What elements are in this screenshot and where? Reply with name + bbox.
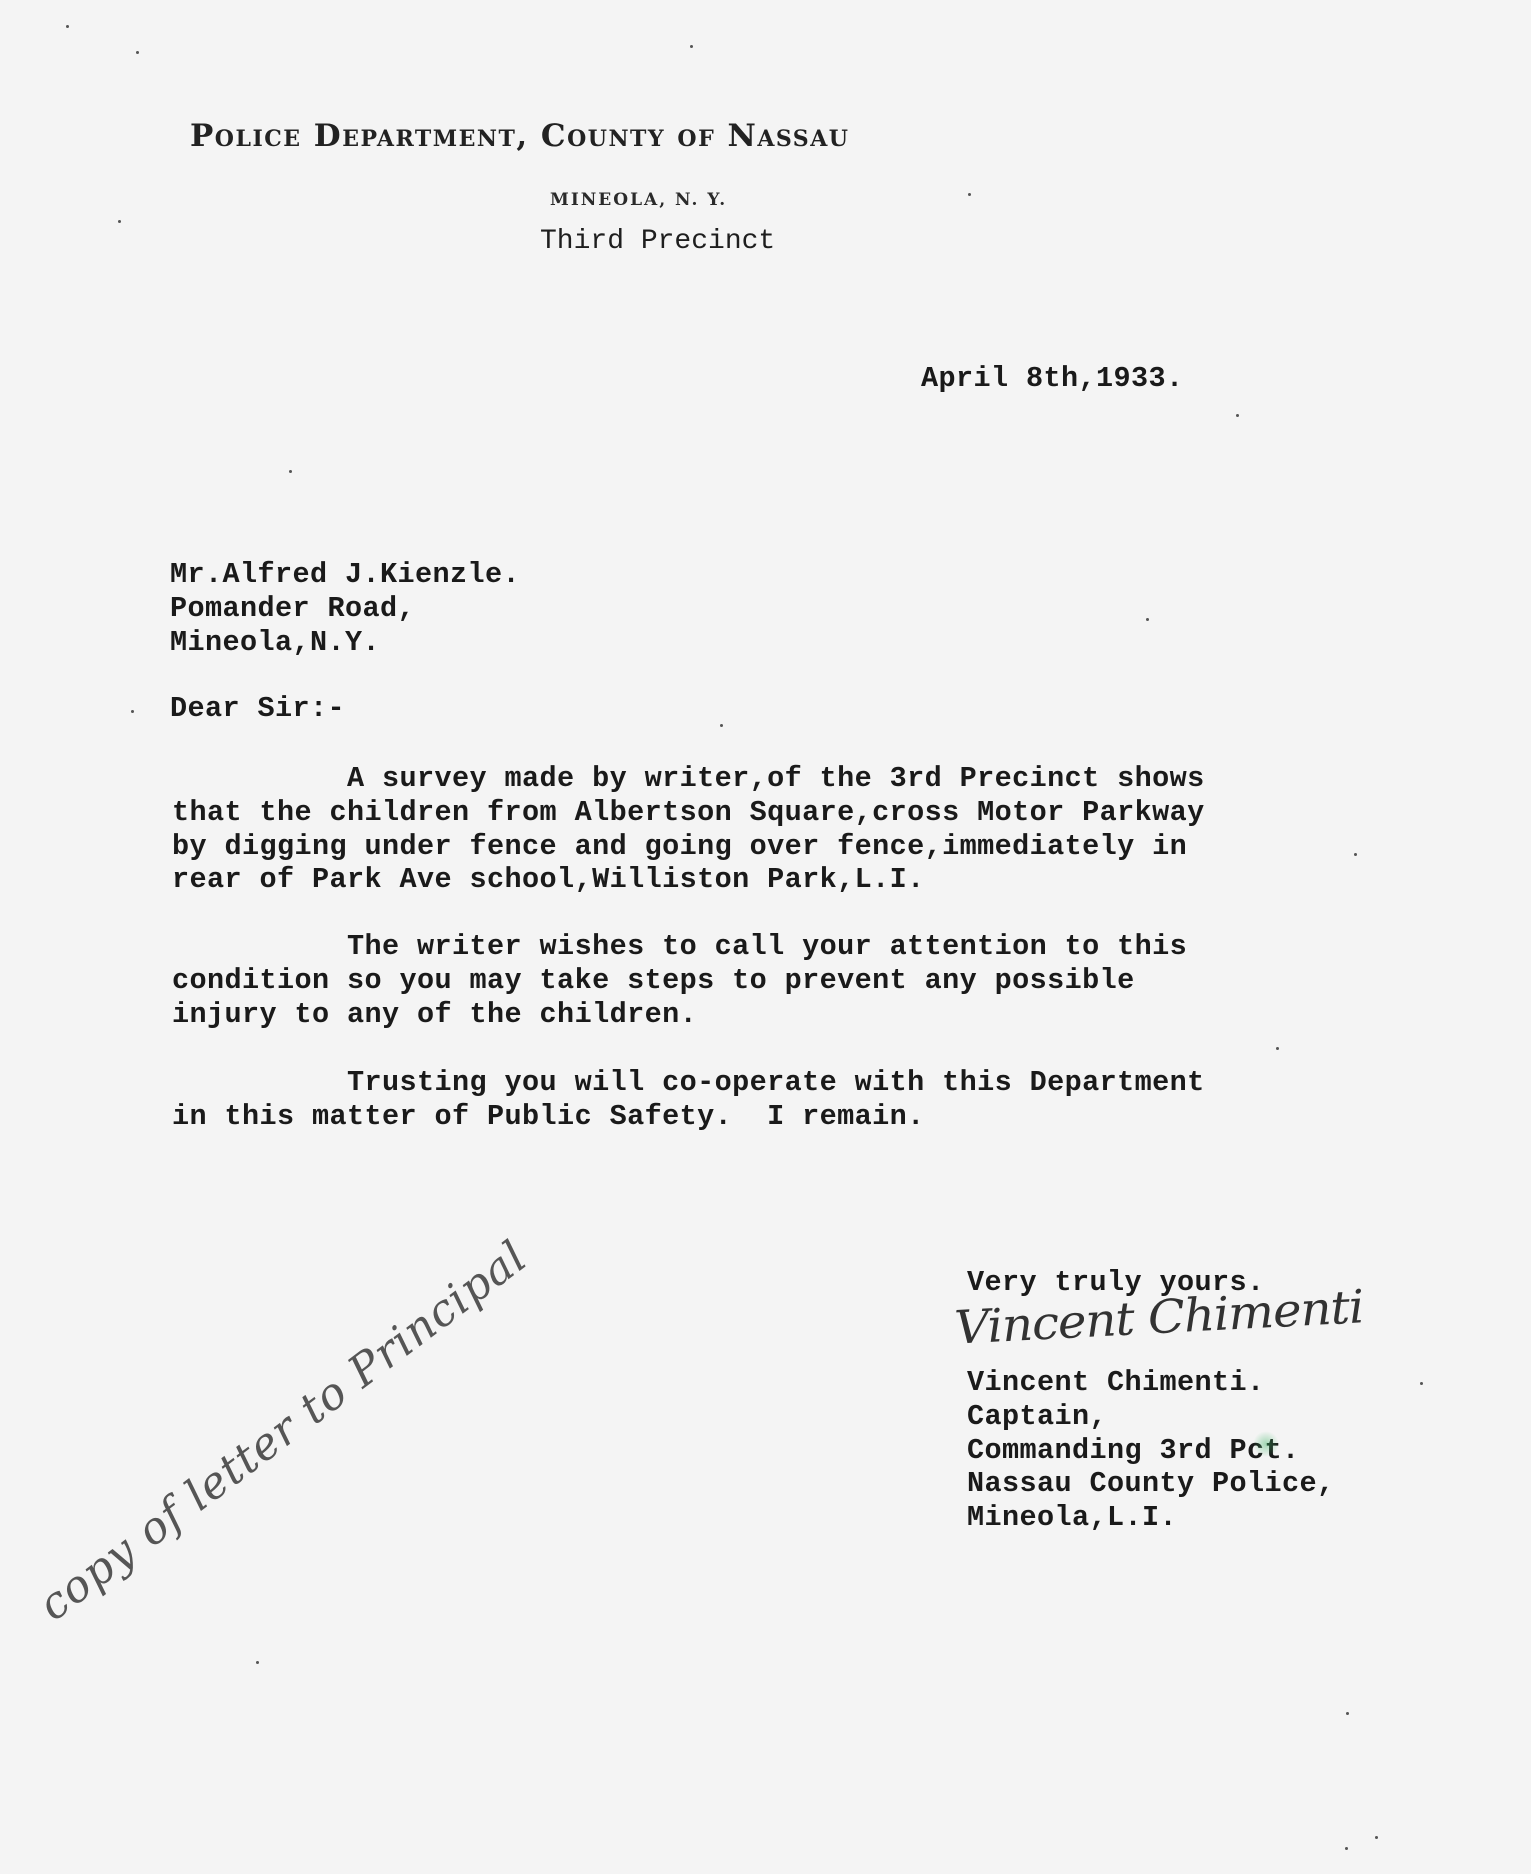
body-paragraph: A survey made by writer,of the 3rd Preci… — [172, 762, 1205, 897]
paper-speck — [1420, 1382, 1423, 1385]
recipient-line: Pomander Road, — [170, 592, 415, 625]
signer-block: Vincent Chimenti. Captain, Commanding 3r… — [967, 1366, 1335, 1535]
letterhead-title: Police Department, County of Nassau — [190, 118, 1180, 154]
letterhead-precinct: Third Precinct — [540, 226, 775, 257]
body-line: condition so you may take steps to preve… — [172, 964, 1135, 997]
paper-speck — [131, 710, 134, 713]
signer-line: Commanding 3rd Pct. — [967, 1434, 1300, 1467]
paper-speck — [1345, 1847, 1348, 1850]
paper-speck — [289, 470, 292, 473]
body-line: by digging under fence and going over fe… — [172, 830, 1187, 863]
paper-speck — [1354, 853, 1357, 856]
recipient-line: Mineola,N.Y. — [170, 626, 380, 659]
body-line: rear of Park Ave school,Williston Park,L… — [172, 863, 925, 896]
paper-speck — [968, 193, 971, 196]
paper-speck — [720, 724, 723, 727]
body-line: Trusting you will co-operate with this D… — [172, 1066, 1205, 1099]
paper-speck — [136, 51, 139, 54]
body-line: A survey made by writer,of the 3rd Preci… — [172, 762, 1205, 795]
letter-date: April 8th,1933. — [921, 362, 1184, 396]
paper-speck — [1276, 1047, 1279, 1050]
paper-speck — [256, 1661, 259, 1664]
paper-speck — [690, 45, 693, 48]
body-paragraph: The writer wishes to call your attention… — [172, 930, 1187, 1031]
signer-line: Nassau County Police, — [967, 1467, 1335, 1500]
green-ink-stain — [1254, 1430, 1278, 1458]
paper-speck — [66, 25, 69, 28]
paper-speck — [1375, 1836, 1378, 1839]
recipient-line: Mr.Alfred J.Kienzle. — [170, 558, 520, 591]
paper-speck — [1236, 414, 1239, 417]
signer-line: Captain, — [967, 1400, 1107, 1433]
signer-line: Vincent Chimenti. — [967, 1366, 1265, 1399]
paper-speck — [1346, 1712, 1349, 1715]
paper-speck — [118, 220, 121, 223]
body-line: that the children from Albertson Square,… — [172, 796, 1205, 829]
letter-page: Police Department, County of Nassau MINE… — [0, 0, 1531, 1874]
recipient-address: Mr.Alfred J.Kienzle. Pomander Road, Mine… — [170, 558, 520, 659]
body-paragraph: Trusting you will co-operate with this D… — [172, 1066, 1205, 1134]
salutation: Dear Sir:- — [170, 692, 345, 726]
letterhead-city: MINEOLA, N. Y. — [550, 190, 727, 210]
body-line: The writer wishes to call your attention… — [172, 930, 1187, 963]
signer-line: Mineola,L.I. — [967, 1501, 1177, 1534]
handwritten-annotation: copy of letter to Principal — [29, 1231, 536, 1631]
paper-speck — [1146, 618, 1149, 621]
body-line: injury to any of the children. — [172, 998, 697, 1031]
body-line: in this matter of Public Safety. I remai… — [172, 1100, 925, 1133]
